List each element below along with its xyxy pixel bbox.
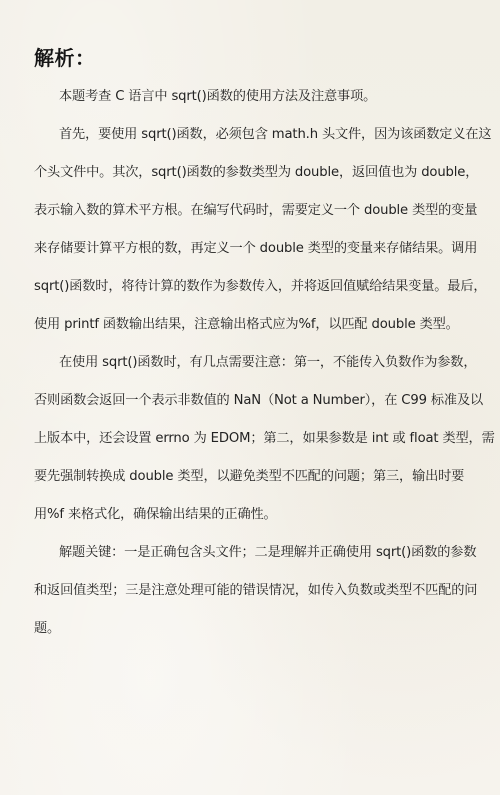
paragraph-4-line-2: 和返回值类型；三是注意处理可能的错误情况，如传入负数或类型不匹配的问 [34, 583, 477, 599]
paragraph-3-line-3: 上版本中，还会设置 errno 为 EDOM；第二，如果参数是 int 或 fl… [34, 431, 495, 447]
paragraph-2-line-1: 首先，要使用 sqrt()函数，必须包含 math.h 头文件，因为该函数定义在… [59, 127, 491, 143]
paragraph-2-line-6: 使用 printf 函数输出结果，注意输出格式应为%f，以匹配 double 类… [34, 317, 459, 333]
paragraph-2-line-5: sqrt()函数时，将待计算的数作为参数传入，并将返回值赋给结果变量。最后， [34, 279, 486, 295]
paragraph-1-line-1: 本题考查 C 语言中 sqrt()函数的使用方法及注意事项。 [59, 89, 376, 105]
paragraph-3-line-2: 否则函数会返回一个表示非数值的 NaN（Not a Number），在 C99 … [34, 393, 483, 409]
paragraph-2-line-2: 个头文件中。其次，sqrt()函数的参数类型为 double，返回值也为 dou… [34, 165, 478, 181]
paragraph-4-line-1: 解题关键：一是正确包含头文件；二是理解并正确使用 sqrt()函数的参数 [59, 545, 476, 561]
paragraph-3-line-5: 用%f 来格式化，确保输出结果的正确性。 [34, 507, 277, 523]
paragraph-2-line-4: 来存储要计算平方根的数，再定义一个 double 类型的变量来存储结果。调用 [34, 241, 477, 257]
paragraph-3-line-4: 要先强制转换成 double 类型，以避免类型不匹配的问题；第三，输出时要 [34, 469, 464, 485]
paragraph-3-line-1: 在使用 sqrt()函数时，有几点需要注意：第一，不能传入负数作为参数， [59, 355, 476, 371]
page-title: 解析： [34, 42, 96, 71]
paragraph-2-line-3: 表示输入数的算术平方根。在编写代码时，需要定义一个 double 类型的变量 [34, 203, 477, 219]
paragraph-4-line-3: 题。 [34, 621, 60, 637]
